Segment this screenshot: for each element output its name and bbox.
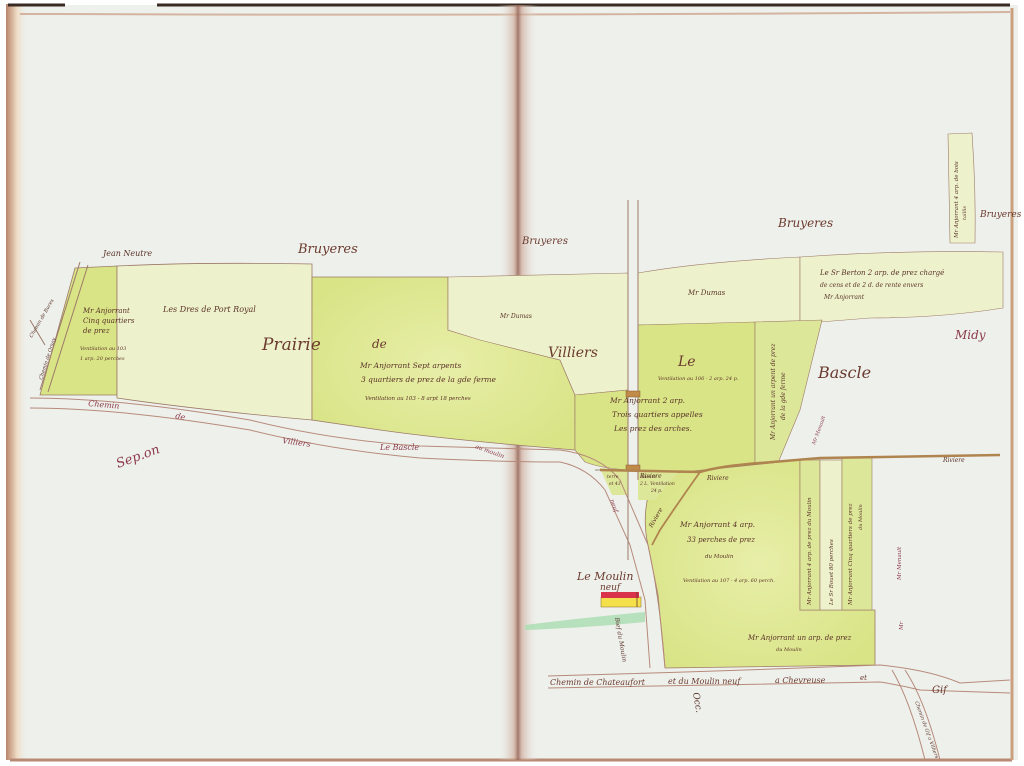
parcel-p13	[842, 458, 872, 610]
p6-line1: Mr Anjorrant 2 arp.	[609, 396, 685, 405]
parcel-p9	[948, 133, 975, 243]
p14-line1: Mr Anjorrant un arp. de prez	[747, 634, 852, 642]
road-label-et: et	[860, 674, 867, 682]
p1-note2: 1 arp. 20 perches	[80, 356, 125, 362]
map-canvas: Bruyeres Bruyeres Bruyeres Bruyeres Jean…	[0, 0, 1024, 766]
road-label-chateaufort: Chemin de Chateaufort	[550, 678, 646, 687]
label-bruyeres-right: Bruyeres	[777, 216, 833, 230]
label-bruyeres-far-right: Bruyeres	[979, 210, 1022, 220]
label-villiers: Villiers	[548, 345, 598, 361]
label-bruyeres-center: Bruyeres	[521, 236, 568, 247]
p13-line2: du Moulin	[858, 504, 864, 530]
label-bruyeres-left: Bruyeres	[297, 242, 358, 257]
p18-line2: Riviere	[639, 474, 657, 480]
p3-note: Ventilation au 103 - 8 arpt 18 perches	[365, 396, 471, 402]
p1-note1: Ventilation au 103	[80, 346, 126, 352]
label-gif: Gif	[932, 685, 949, 696]
label-le: Le	[677, 354, 696, 370]
p17-line1: Mr	[899, 621, 905, 631]
p9-line1: Mr Anjorrant 4 arp. de bois	[954, 161, 960, 239]
p7-line1: Mr Anjorrant un arpent de prez	[770, 343, 777, 441]
label-de: de	[372, 337, 387, 351]
p10-line3: du Moulin	[705, 554, 734, 560]
label-moulin-1: Le Moulin	[576, 570, 633, 583]
p12-line1: Le Sr Bouet 80 perches	[829, 539, 835, 606]
p1-line2: Cinq quartiers	[83, 317, 135, 325]
p11-line1: Mr Anjorrant 4 arp. de prez du Moulin	[807, 497, 813, 606]
p9-line2: taillis	[962, 206, 968, 220]
p10-note: Ventilation au 107 - 4 arp. 60 perch.	[683, 578, 775, 584]
label-bascle: Bascle	[817, 363, 871, 382]
label-jean-neutre: Jean Neutre	[101, 249, 152, 258]
p18-line1: terre	[607, 474, 619, 480]
label-midy: Midy	[954, 328, 986, 342]
left-page-edge	[6, 4, 28, 760]
p13-line1: Mr Anjorrant Cinq quartiers de prez	[848, 503, 854, 606]
p10-line2: 33 perches de prez	[687, 536, 755, 544]
p14-line2: du Moulin	[776, 647, 802, 653]
p18-line3: et 43	[609, 481, 621, 487]
p6-line3: Les prez des arches.	[613, 424, 692, 433]
p5-line1: Mr Dumas	[687, 289, 726, 297]
p4-line1: Mr Dumas	[499, 313, 532, 320]
p7-line2: de la gde ferme	[780, 372, 787, 420]
road-label-chevreuse: a Chevreuse	[775, 676, 826, 685]
label-riviere-2: Riviere	[706, 475, 729, 482]
p18-line4: 2 L. Ventilation	[639, 481, 675, 487]
p6-note: Ventilation au 106 - 2 arp. 24 p.	[658, 376, 739, 382]
p8-line1: Le Sr Berton 2 arp. de prez chargé	[819, 269, 944, 277]
p1-line3: de prez	[83, 327, 110, 335]
road-label-le-bascle: Le Bascle	[379, 443, 419, 452]
mill-building	[601, 592, 641, 607]
p3-line2: 3 quartiers de prez de la gde ferme	[361, 375, 497, 384]
p2-line1: Les Dres de Port Royal	[162, 305, 256, 314]
p18-line5: 24 p.	[650, 488, 663, 494]
label-moulin-2: neuf	[600, 583, 622, 593]
road-label-moulin-neuf: et du Moulin neuf	[668, 677, 742, 686]
p1-line1: Mr Anjorrant	[82, 307, 130, 315]
p6-line2: Trois quartiers appelles	[612, 410, 703, 419]
label-prairie: Prairie	[261, 335, 321, 355]
p3-line1: Mr Anjorrant Sept arpents	[359, 361, 462, 370]
p15-line1: Mr Menault	[897, 546, 903, 581]
p8-line2: de cens et de 2 d. de rente envers	[820, 282, 923, 289]
p8-line3: Mr Anjorrant	[823, 294, 865, 301]
p10-line1: Mr Anjorrant 4 arp.	[679, 520, 755, 529]
label-riviere-3: Riviere	[942, 457, 965, 464]
estate-map-spread: Bruyeres Bruyeres Bruyeres Bruyeres Jean…	[0, 0, 1024, 766]
